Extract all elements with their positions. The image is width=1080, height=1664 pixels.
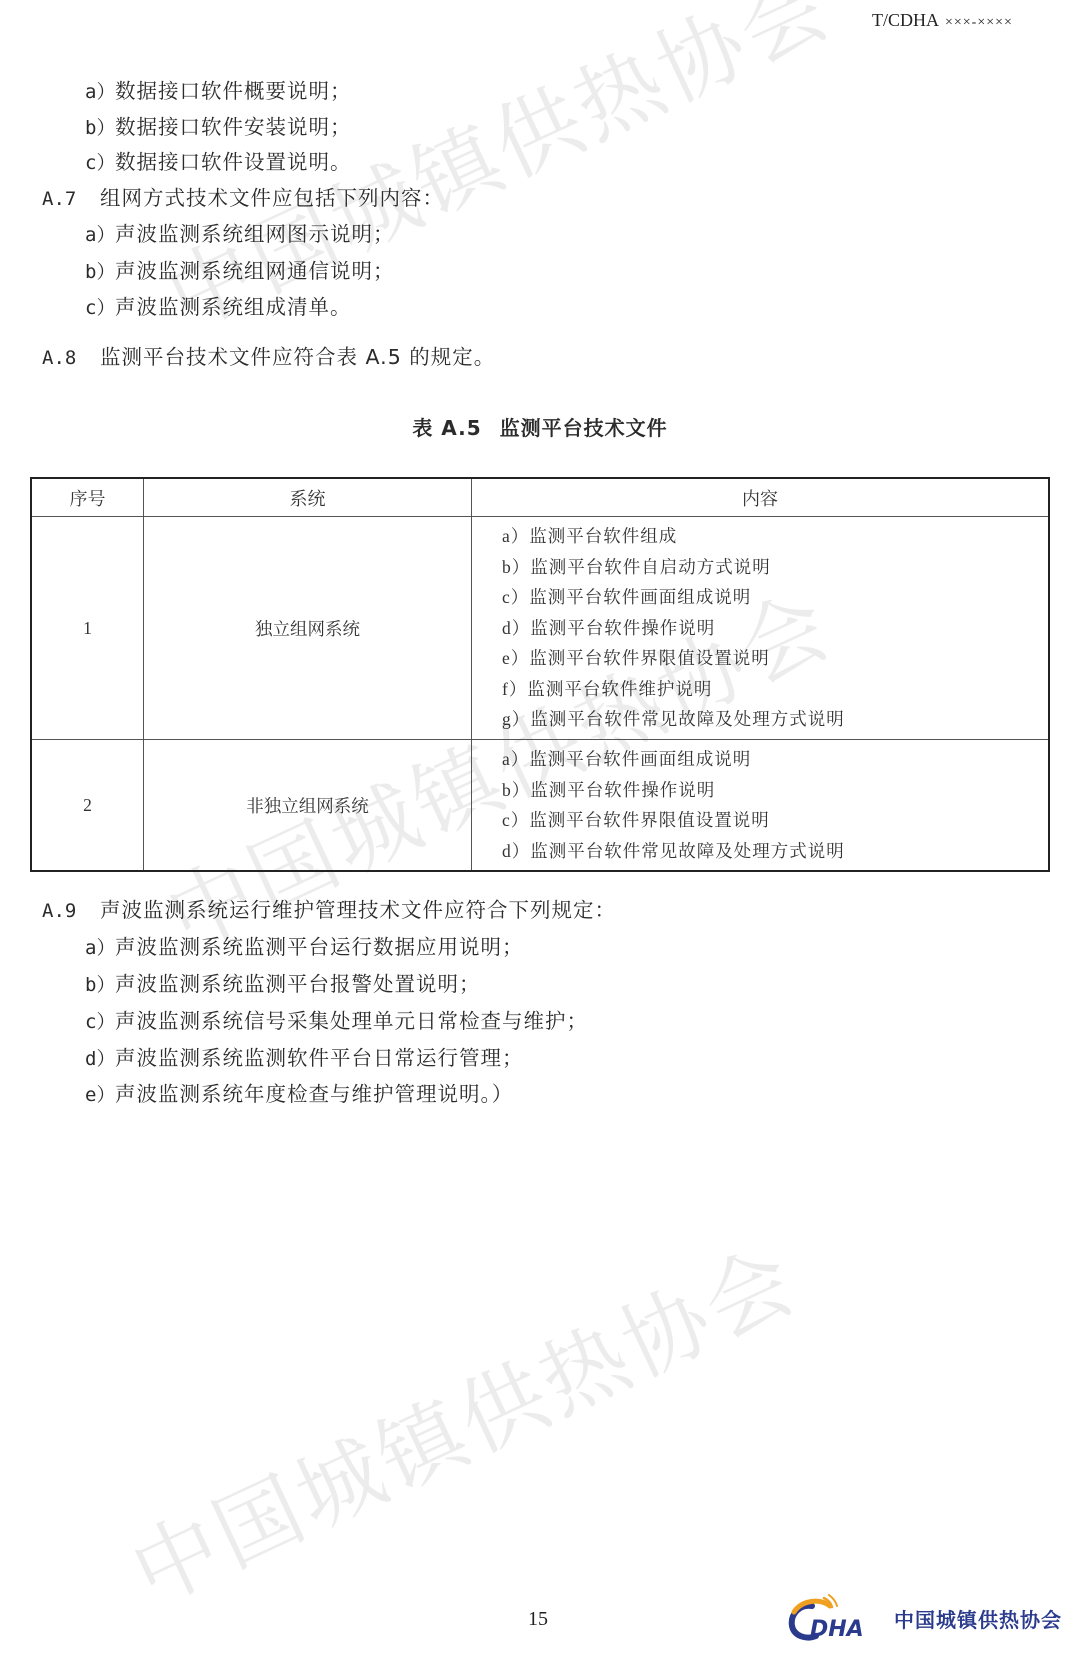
item-mark: b） bbox=[85, 967, 115, 1003]
table-header-row: 序号 系统 内容 bbox=[31, 478, 1049, 517]
list-item: e）声波监测系统年度检查与维护管理说明。） bbox=[85, 1076, 513, 1113]
cell-content: a）监测平台软件画面组成说明 b）监测平台软件操作说明 c）监测平台软件界限值设… bbox=[472, 740, 1050, 872]
content-item: d）监测平台软件操作说明 bbox=[502, 613, 1048, 644]
content-item: a）监测平台软件画面组成说明 bbox=[502, 744, 1048, 775]
list-item: b）声波监测系统组网通信说明； bbox=[85, 253, 395, 290]
item-text: 声波监测系统监测软件平台日常运行管理； bbox=[115, 1046, 524, 1070]
cell-index: 1 bbox=[31, 517, 144, 740]
column-header-content: 内容 bbox=[472, 478, 1050, 517]
content-item: b）监测平台软件自启动方式说明 bbox=[502, 552, 1048, 583]
clause-a8: A.8监测平台技术文件应符合表 A.5 的规定。 bbox=[42, 339, 495, 376]
list-item: a）声波监测系统监测平台运行数据应用说明； bbox=[85, 929, 524, 966]
list-item: b）声波监测系统监测平台报警处置说明； bbox=[85, 966, 481, 1003]
item-mark: c） bbox=[85, 1004, 115, 1040]
item-mark: a） bbox=[85, 74, 115, 110]
clause-text: 监测平台技术文件应符合表 A.5 的规定。 bbox=[100, 345, 495, 369]
clause-number: A.8 bbox=[42, 340, 100, 376]
cell-content: a）监测平台软件组成 b）监测平台软件自启动方式说明 c）监测平台软件画面组成说… bbox=[472, 517, 1050, 740]
item-mark: d） bbox=[85, 1041, 115, 1077]
list-item: b）数据接口软件安装说明； bbox=[85, 109, 352, 146]
document-page: T/CDHA×××-×××× a）数据接口软件概要说明； b）数据接口软件安装说… bbox=[0, 0, 1080, 1664]
content-item: c）监测平台软件画面组成说明 bbox=[502, 582, 1048, 613]
content-item: b）监测平台软件操作说明 bbox=[502, 775, 1048, 806]
table-title: 表 A.5监测平台技术文件 bbox=[0, 412, 1080, 441]
page-number: 15 bbox=[528, 1608, 548, 1631]
content-item: e）监测平台软件界限值设置说明 bbox=[502, 643, 1048, 674]
table-row: 1 独立组网系统 a）监测平台软件组成 b）监测平台软件自启动方式说明 c）监测… bbox=[31, 517, 1049, 740]
table-a5: 序号 系统 内容 1 独立组网系统 a）监测平台软件组成 b）监测平台软件自启动… bbox=[30, 477, 1050, 872]
clause-a9: A.9声波监测系统运行维护管理技术文件应符合下列规定： bbox=[42, 892, 616, 929]
list-item: c）声波监测系统组成清单。 bbox=[85, 289, 352, 326]
item-text: 声波监测系统信号采集处理单元日常检查与维护； bbox=[115, 1009, 588, 1033]
standard-code-header: T/CDHA×××-×××× bbox=[872, 10, 1013, 31]
clause-text: 组网方式技术文件应包括下列内容： bbox=[100, 186, 444, 210]
list-item: c）数据接口软件设置说明。 bbox=[85, 144, 352, 181]
item-mark: a） bbox=[85, 930, 115, 966]
cell-system: 独立组网系统 bbox=[144, 517, 472, 740]
list-item: a）声波监测系统组网图示说明； bbox=[85, 216, 395, 253]
item-text: 声波监测系统监测平台运行数据应用说明； bbox=[115, 935, 524, 959]
content-item: a）监测平台软件组成 bbox=[502, 521, 1048, 552]
content-item: d）监测平台软件常见故障及处理方式说明 bbox=[502, 836, 1048, 867]
item-text: 数据接口软件设置说明。 bbox=[115, 150, 352, 174]
item-text: 声波监测系统组网图示说明； bbox=[115, 222, 395, 246]
item-mark: b） bbox=[85, 254, 115, 290]
column-header-index: 序号 bbox=[31, 478, 144, 517]
item-text: 声波监测系统组成清单。 bbox=[115, 295, 352, 319]
item-mark: c） bbox=[85, 290, 115, 326]
standard-code: T/CDHA bbox=[872, 10, 939, 30]
item-mark: e） bbox=[85, 1077, 115, 1113]
item-text: 声波监测系统组网通信说明； bbox=[115, 259, 395, 283]
table-caption: 监测平台技术文件 bbox=[500, 416, 668, 440]
table-number: 表 A.5 bbox=[412, 416, 481, 440]
standard-number: ×××-×××× bbox=[945, 15, 1013, 30]
clause-text: 声波监测系统运行维护管理技术文件应符合下列规定： bbox=[100, 898, 616, 922]
clause-number: A.7 bbox=[42, 181, 100, 217]
list-item: a）数据接口软件概要说明； bbox=[85, 73, 352, 110]
item-text: 声波监测系统年度检查与维护管理说明。） bbox=[115, 1082, 513, 1106]
association-logo: DHA 中国城镇供热协会 bbox=[786, 1594, 1062, 1642]
logo-org-name: 中国城镇供热协会 bbox=[894, 1604, 1062, 1633]
content-item: f）监测平台软件维护说明 bbox=[502, 674, 1048, 705]
item-mark: a） bbox=[85, 217, 115, 253]
item-mark: c） bbox=[85, 145, 115, 181]
item-text: 数据接口软件安装说明； bbox=[115, 115, 352, 139]
content-item: c）监测平台软件界限值设置说明 bbox=[502, 805, 1048, 836]
content-item: g）监测平台软件常见故障及处理方式说明 bbox=[502, 704, 1048, 735]
clause-a7: A.7组网方式技术文件应包括下列内容： bbox=[42, 180, 444, 217]
cell-system: 非独立组网系统 bbox=[144, 740, 472, 872]
table-row: 2 非独立组网系统 a）监测平台软件画面组成说明 b）监测平台软件操作说明 c）… bbox=[31, 740, 1049, 872]
list-item: d）声波监测系统监测软件平台日常运行管理； bbox=[85, 1040, 524, 1077]
item-mark: b） bbox=[85, 110, 115, 146]
clause-number: A.9 bbox=[42, 893, 100, 929]
item-text: 数据接口软件概要说明； bbox=[115, 79, 352, 103]
logo-abbr: DHA bbox=[810, 1617, 864, 1642]
cdha-logo-icon: DHA bbox=[786, 1594, 884, 1642]
list-item: c）声波监测系统信号采集处理单元日常检查与维护； bbox=[85, 1003, 588, 1040]
column-header-system: 系统 bbox=[144, 478, 472, 517]
item-text: 声波监测系统监测平台报警处置说明； bbox=[115, 972, 481, 996]
cell-index: 2 bbox=[31, 740, 144, 872]
